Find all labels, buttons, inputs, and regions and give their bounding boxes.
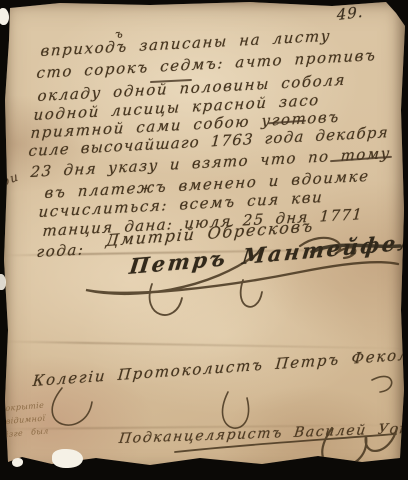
paper-tear bbox=[12, 458, 23, 467]
page-number: 49. bbox=[337, 3, 364, 24]
signature-descender bbox=[241, 280, 262, 307]
photo-backdrop: 49. ъ вприходъ записаны на листу сто сор… bbox=[0, 0, 408, 480]
paper-tear bbox=[52, 449, 83, 468]
manuscript-page: 49. ъ вприходъ записаны на листу сто сор… bbox=[0, 0, 408, 480]
margin-note-bottom: окрытіе відимної ізге был bbox=[5, 397, 63, 441]
manuscript-line: года: bbox=[36, 240, 85, 261]
protocolist-tail bbox=[372, 376, 392, 392]
paper-tear bbox=[0, 8, 9, 25]
protocolist-loop bbox=[223, 392, 249, 428]
